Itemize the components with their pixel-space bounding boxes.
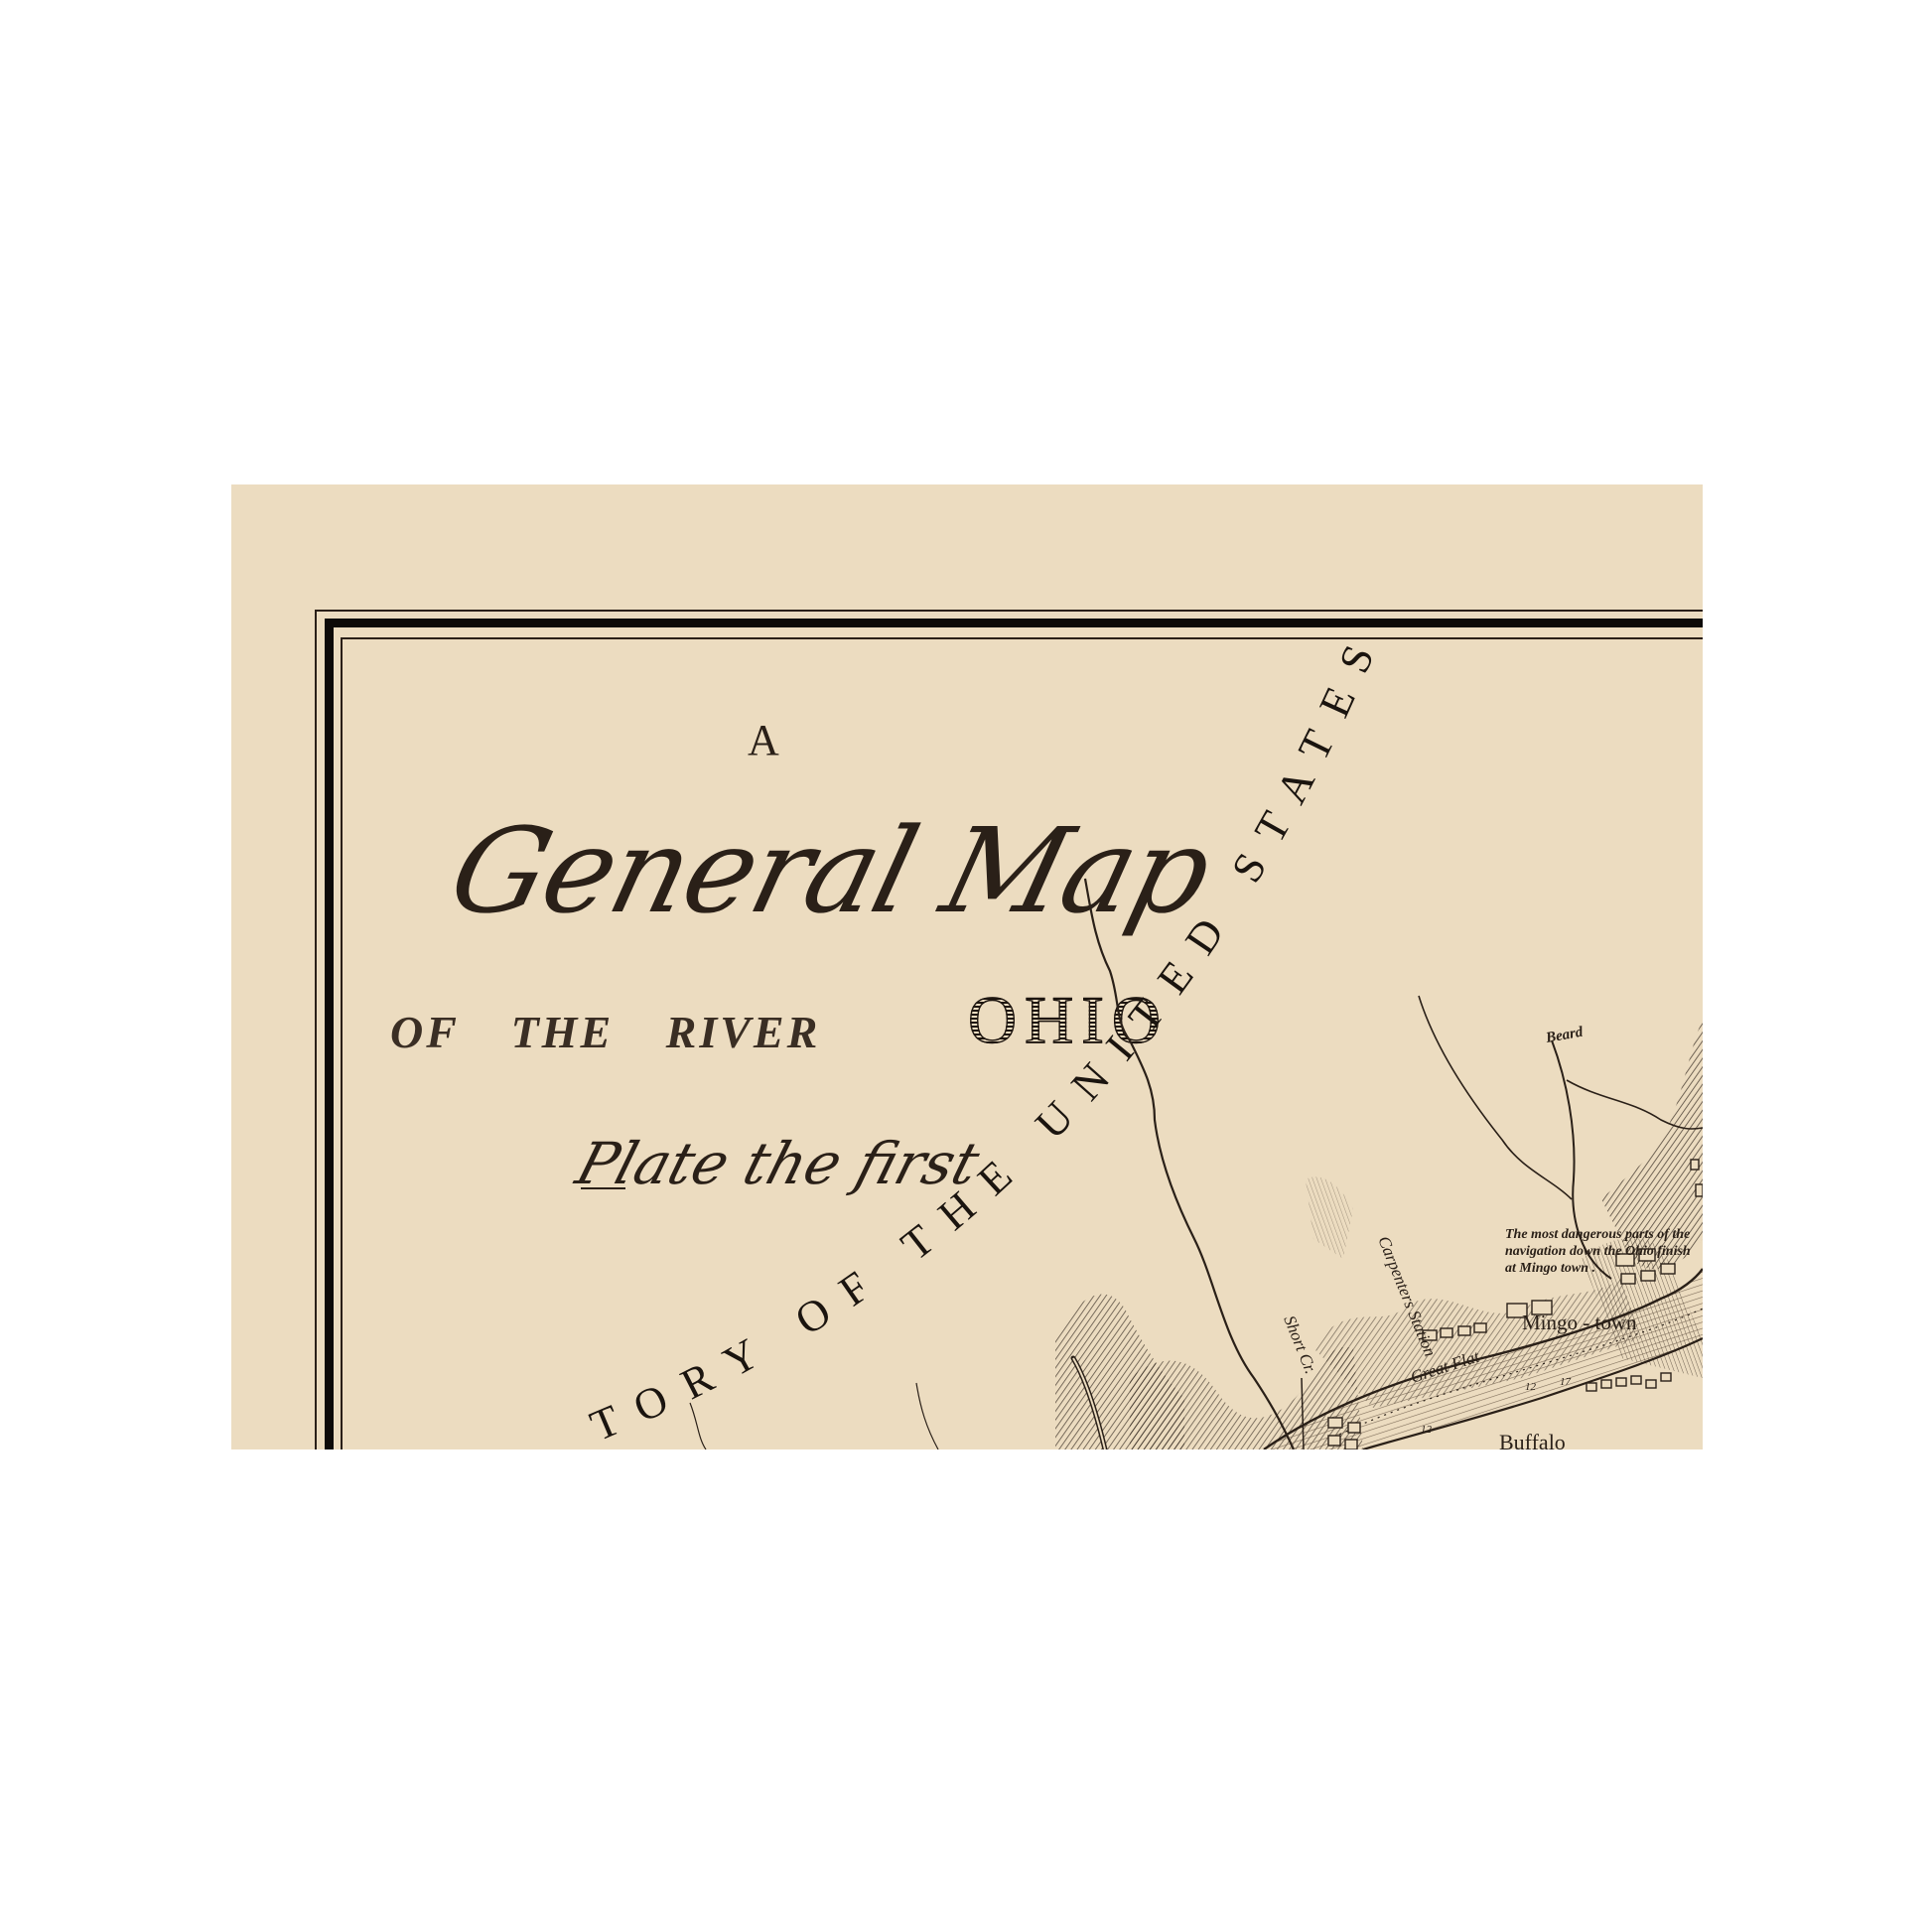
navigation-note: The most dangerous parts of the navigati… [1505, 1226, 1703, 1277]
svg-text:12: 12 [1525, 1381, 1537, 1393]
svg-text:12: 12 [1421, 1424, 1433, 1436]
label-beard: Beard [1544, 1025, 1585, 1047]
label-short-creek: Short Cr. [1280, 1312, 1320, 1376]
terrain-engraving: 12 17 12 Short Cr. Great Flat Carpenters… [231, 484, 1703, 1449]
map-sheet: A General Map OF THE RIVER OHIO Plate th… [231, 484, 1703, 1449]
label-buffalo: Buffalo [1499, 1430, 1566, 1449]
label-mingo-town: Mingo - town [1522, 1311, 1637, 1335]
svg-text:17: 17 [1560, 1376, 1572, 1388]
